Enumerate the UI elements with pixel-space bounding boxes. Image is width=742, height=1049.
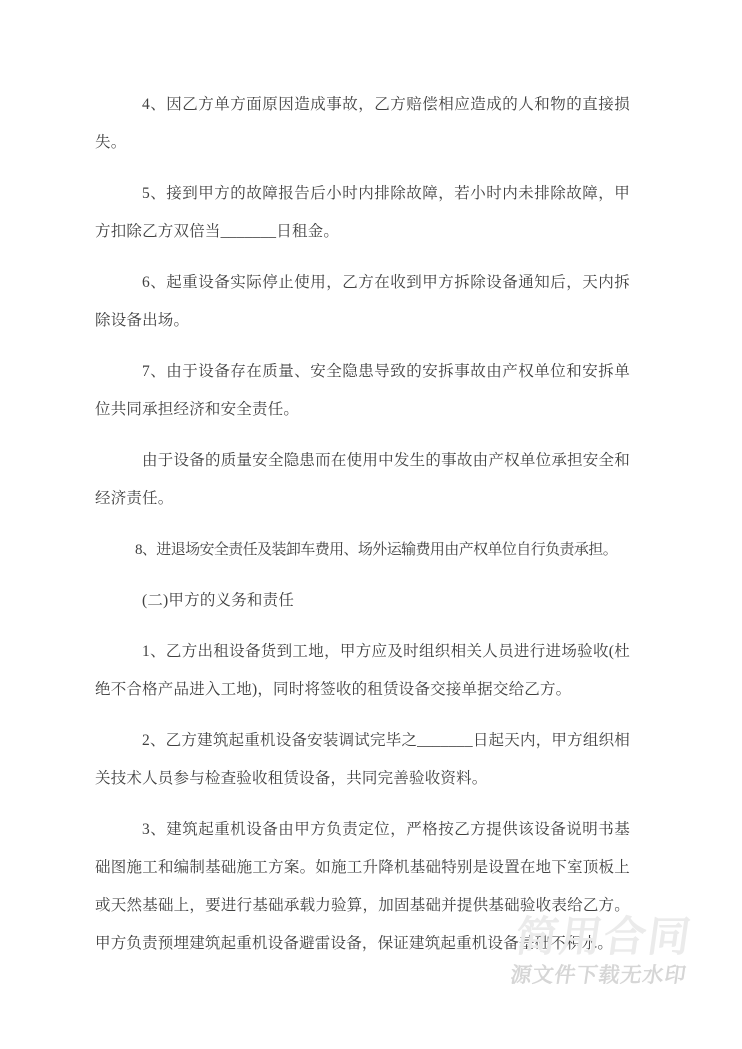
clause-8: 8、进退场安全责任及装卸车费用、场外运输费用由产权单位自行负责承担。: [95, 531, 630, 569]
clause-b-3: 3、建筑起重机设备由甲方负责定位，严格按乙方提供该设备说明书基础图施工和编制基础…: [95, 811, 630, 963]
clause-4: 4、因乙方单方面原因造成事故，乙方赔偿相应造成的人和物的直接损失。: [95, 86, 630, 162]
clause-7-supplement: 由于设备的质量安全隐患而在使用中发生的事故由产权单位承担安全和经济责任。: [95, 442, 630, 518]
clause-6: 6、起重设备实际停止使用，乙方在收到甲方拆除设备通知后，天内拆除设备出场。: [95, 264, 630, 340]
contract-page: 4、因乙方单方面原因造成事故，乙方赔偿相应造成的人和物的直接损失。 5、接到甲方…: [0, 0, 742, 1049]
clause-7: 7、由于设备存在质量、安全隐患导致的安拆事故由产权单位和安拆单位共同承担经济和安…: [95, 353, 630, 429]
clause-5: 5、接到甲方的故障报告后小时内排除故障，若小时内未排除故障，甲方扣除乙方双倍当_…: [95, 175, 630, 251]
clause-b-2: 2、乙方建筑起重机设备安装调试完毕之_______日起天内，甲方组织相关技术人员…: [95, 722, 630, 798]
clause-b-1: 1、乙方出租设备货到工地，甲方应及时组织相关人员进行进场验收(杜绝不合格产品进入…: [95, 633, 630, 709]
section-heading-party-a-obligations: (二)甲方的义务和责任: [95, 582, 630, 620]
contract-document: 4、因乙方单方面原因造成事故，乙方赔偿相应造成的人和物的直接损失。 5、接到甲方…: [95, 86, 630, 976]
